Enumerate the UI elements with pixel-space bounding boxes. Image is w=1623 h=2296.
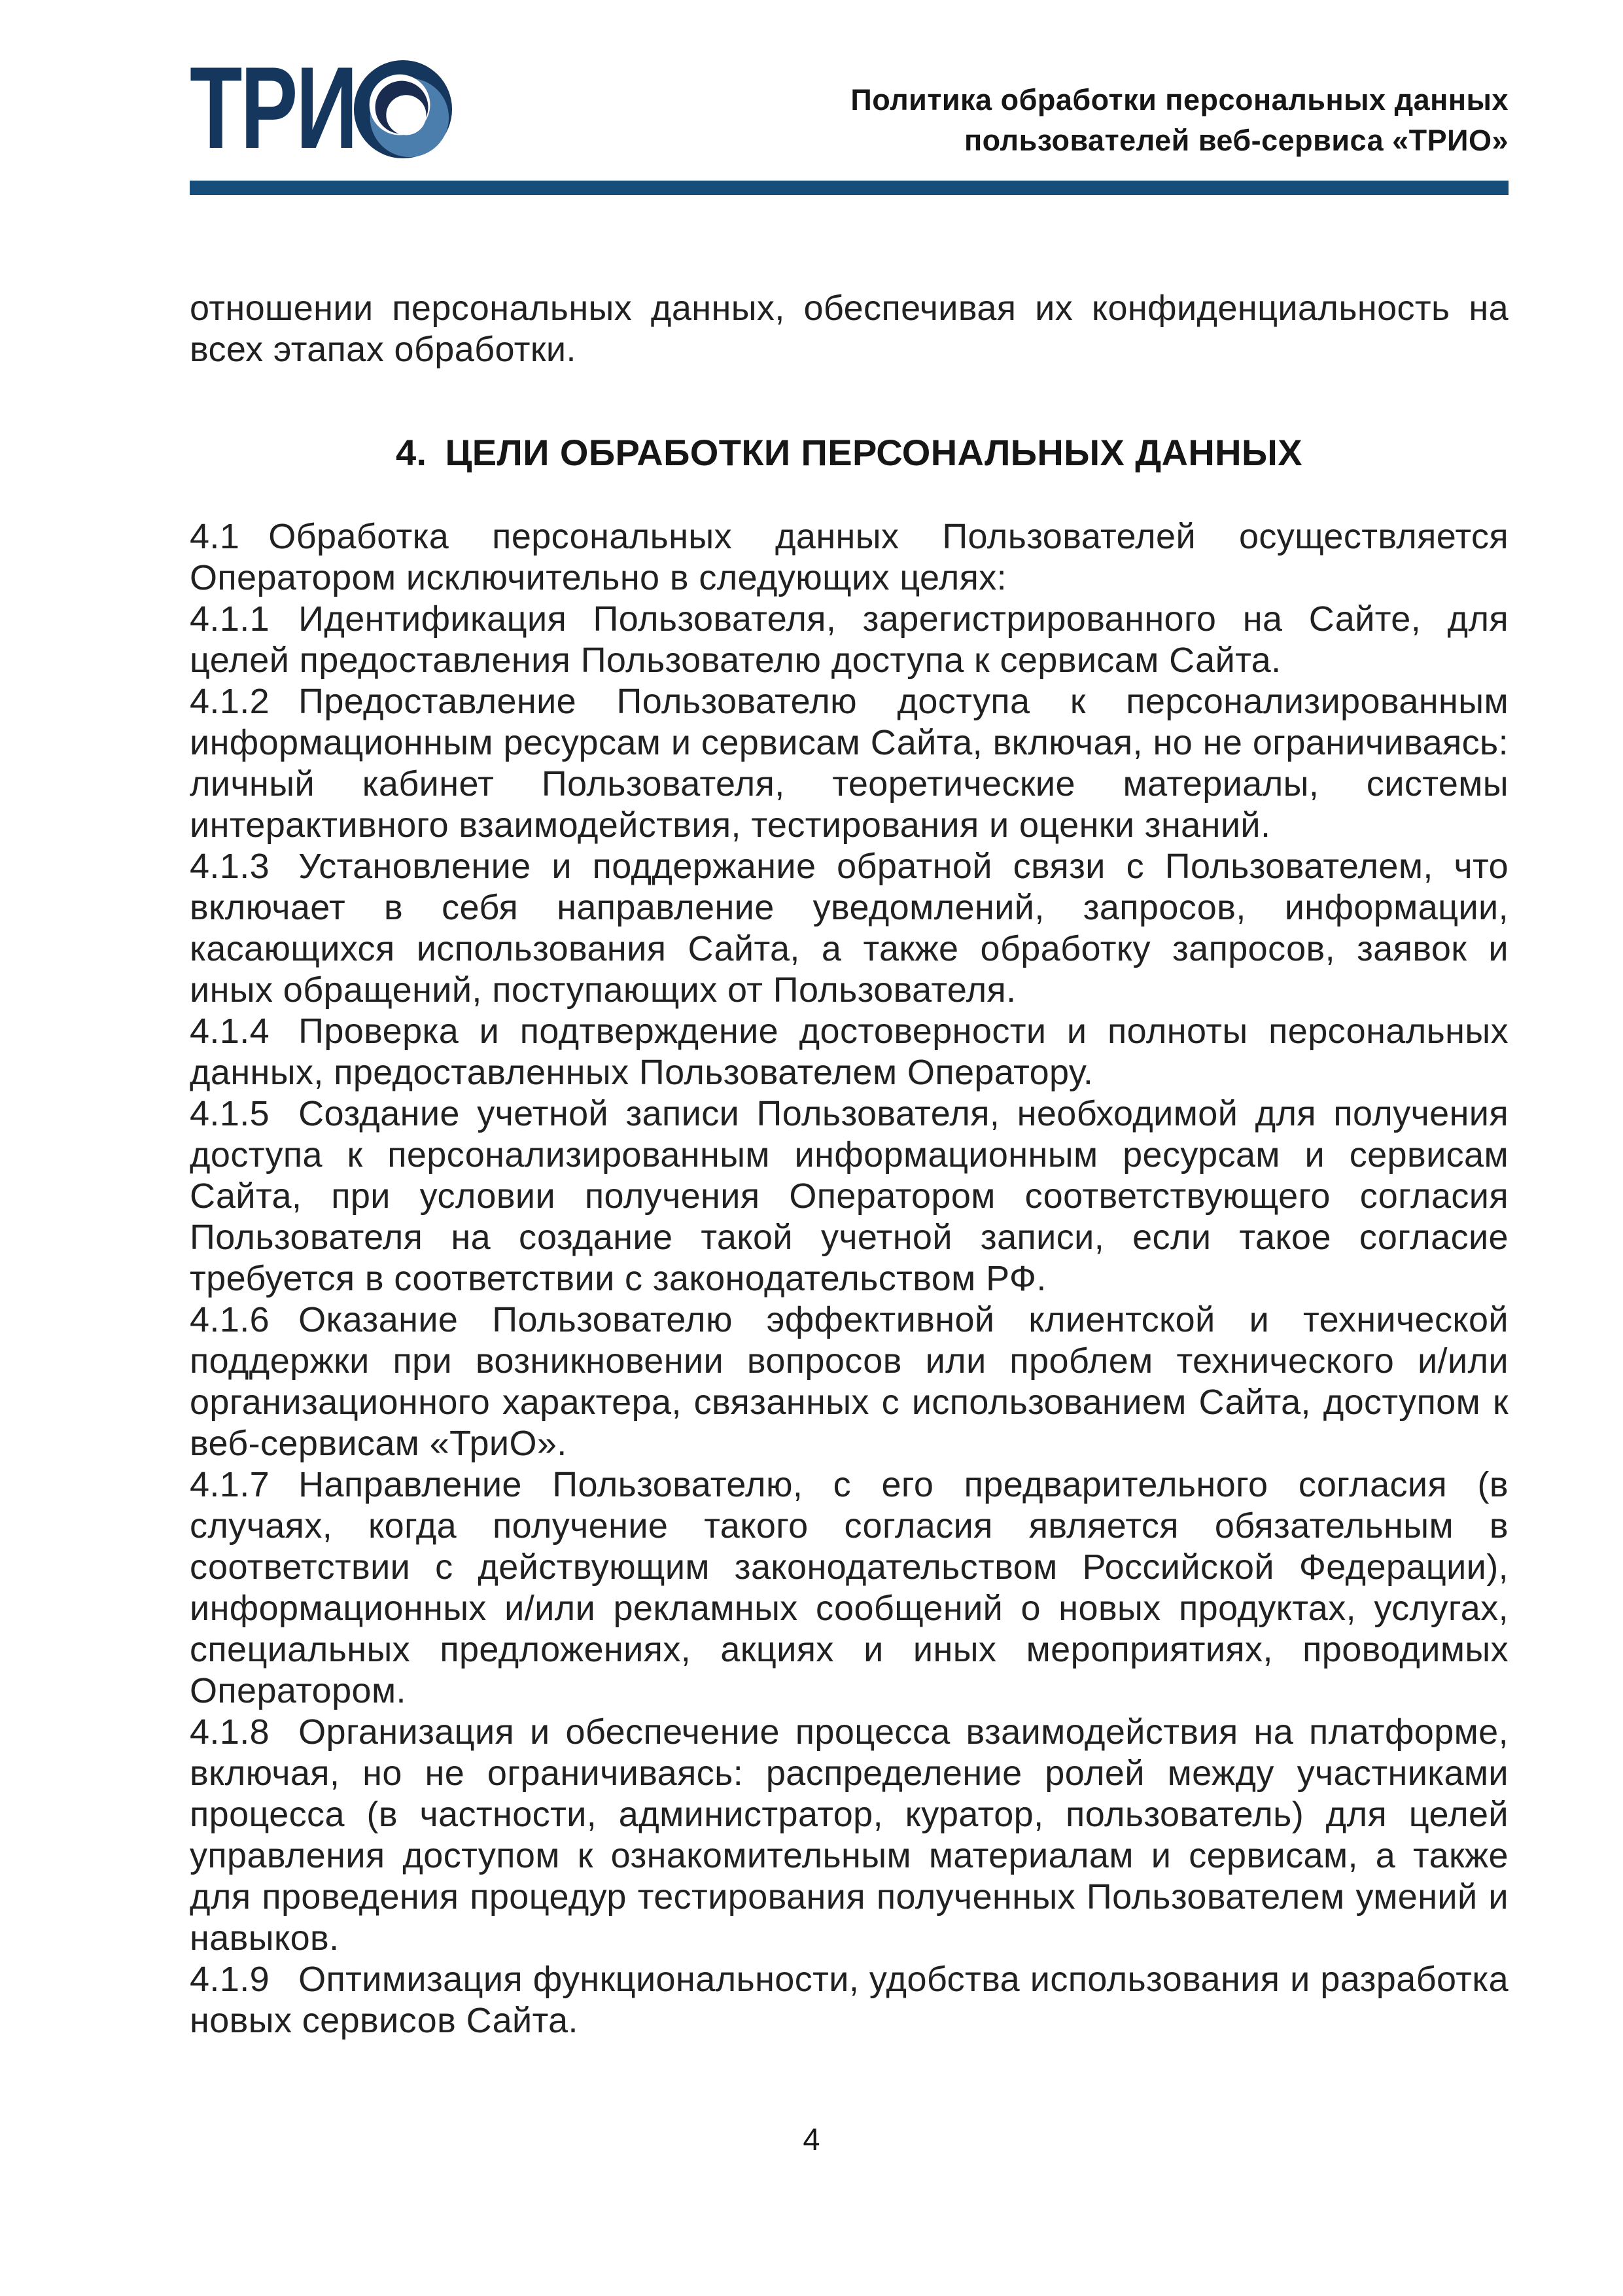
policy-item-text: Предоставление Пользователю доступа к пе…	[190, 682, 1509, 845]
intro-paragraph: отношении персональных данных, обеспечив…	[190, 288, 1509, 370]
policy-item: 4.1.9Оптимизация функциональности, удобс…	[190, 1959, 1509, 2041]
policy-item-number: 4.1.8	[190, 1712, 270, 1752]
policy-item-number: 4.1.7	[190, 1465, 270, 1504]
policy-item-number: 4.1.4	[190, 1012, 270, 1051]
policy-item-number: 4.1.9	[190, 1960, 270, 1999]
trio-logo-o-icon	[351, 58, 455, 161]
policy-item: 4.1Обработка персональных данных Пользов…	[190, 516, 1509, 599]
policy-item-number: 4.1.2	[190, 682, 270, 721]
policy-item: 4.1.2Предоставление Пользователю доступа…	[190, 681, 1509, 846]
policy-item-text: Установление и поддержание обратной связ…	[190, 847, 1509, 1010]
policy-items: 4.1Обработка персональных данных Пользов…	[190, 516, 1509, 2041]
document-page: ТРИ Политика обработки персональных данн…	[0, 0, 1623, 2296]
section-heading: 4.ЦЕЛИ ОБРАБОТКИ ПЕРСОНАЛЬНЫХ ДАННЫХ	[190, 432, 1509, 473]
section-heading-number: 4.	[396, 432, 427, 473]
policy-item-text: Проверка и подтверждение достоверности и…	[190, 1012, 1509, 1092]
policy-item-number: 4.1.1	[190, 599, 270, 639]
header-divider	[190, 181, 1509, 195]
policy-item: 4.1.8Организация и обеспечение процесса …	[190, 1712, 1509, 1959]
policy-item-number: 4.1.6	[190, 1300, 270, 1339]
page-number: 4	[0, 2121, 1623, 2157]
policy-item-text: Идентификация Пользователя, зарегистриро…	[190, 599, 1509, 680]
document-title-line2: пользователей веб-сервиса «ТРИО»	[850, 120, 1509, 161]
document-title-line1: Политика обработки персональных данных	[850, 80, 1509, 120]
policy-item: 4.1.6Оказание Пользователю эффективной к…	[190, 1299, 1509, 1464]
policy-item: 4.1.1Идентификация Пользователя, зарегис…	[190, 599, 1509, 681]
page-header: ТРИ Политика обработки персональных данн…	[190, 59, 1509, 161]
section-heading-title: ЦЕЛИ ОБРАБОТКИ ПЕРСОНАЛЬНЫХ ДАННЫХ	[445, 432, 1303, 473]
policy-item: 4.1.4Проверка и подтверждение достоверно…	[190, 1011, 1509, 1093]
policy-item-text: Обработка персональных данных Пользовате…	[190, 517, 1509, 597]
policy-item: 4.1.3Установление и поддержание обратной…	[190, 846, 1509, 1011]
policy-item-number: 4.1.3	[190, 847, 270, 886]
policy-item: 4.1.5Создание учетной записи Пользовател…	[190, 1093, 1509, 1299]
policy-item-number: 4.1	[190, 517, 239, 556]
trio-logo: ТРИ	[190, 59, 455, 157]
policy-item-text: Оказание Пользователю эффективной клиент…	[190, 1300, 1509, 1463]
policy-item-text: Направление Пользователю, с его предвари…	[190, 1465, 1509, 1710]
policy-item: 4.1.7Направление Пользователю, с его пре…	[190, 1464, 1509, 1712]
policy-item-text: Создание учетной записи Пользователя, не…	[190, 1094, 1509, 1298]
policy-item-text: Оптимизация функциональности, удобства и…	[190, 1960, 1509, 2040]
policy-item-number: 4.1.5	[190, 1094, 270, 1133]
trio-logo-text: ТРИ	[190, 59, 356, 157]
document-title: Политика обработки персональных данных п…	[850, 80, 1509, 161]
policy-item-text: Организация и обеспечение процесса взаим…	[190, 1712, 1509, 1958]
